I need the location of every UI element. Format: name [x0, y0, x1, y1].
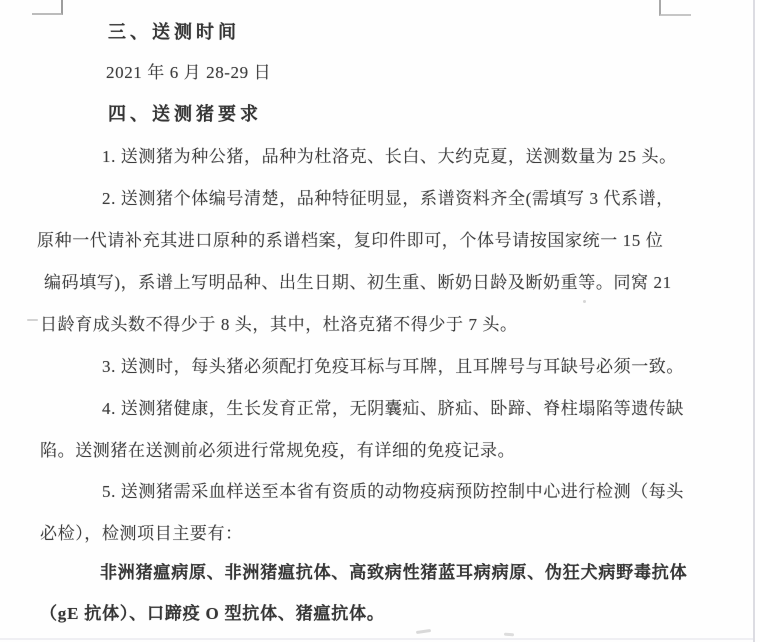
requirement-item-2-line-1: 2. 送测猪个体编号清楚，品种特征明显，系谱资料齐全(需填写 3 代系谱， [102, 189, 674, 209]
requirement-item-5-line-1: 5. 送测猪需采血样送至本省有资质的动物疫病预防控制中心进行检测（每头 [102, 482, 684, 502]
section-3-heading: 三、送测时间 [108, 22, 240, 42]
scan-frame-corner-left [32, 0, 63, 15]
scan-edge-bottom [0, 638, 753, 640]
scan-frame-corner-right [659, 0, 691, 16]
requirement-item-4-line-1: 4. 送测猪健康，生长发育正常，无阴囊疝、脐疝、卧蹄、脊柱塌陷等遗传缺 [102, 399, 684, 419]
scan-edge-right [753, 0, 755, 642]
requirement-item-1: 1. 送测猪为种公猪，品种为杜洛克、长白、大约克夏，送测数量为 25 头。 [102, 147, 677, 167]
requirement-item-2-line-2: 原种一代请补充其进口原种的系谱档案，复印件即可，个体号请按国家统一 15 位 [37, 231, 663, 251]
requirement-item-3: 3. 送测时，每头猪必须配打免疫耳标与耳牌，且耳牌号与耳缺号必须一致。 [102, 357, 684, 377]
test-items-line-1: 非洲猪瘟病原、非洲猪瘟抗体、高致病性猪蓝耳病病原、伪狂犬病野毒抗体 [100, 563, 687, 583]
requirement-item-2-line-4: 日龄育成头数不得少于 8 头，其中，杜洛克猪不得少于 7 头。 [40, 315, 518, 335]
scan-artifact-dash [27, 319, 38, 321]
scan-artifact-smudge [504, 633, 514, 637]
test-items-line-2: （gE 抗体）、口蹄疫 O 型抗体、猪瘟抗体。 [40, 604, 385, 624]
scan-artifact-smudge [416, 629, 431, 634]
scan-artifact-dot [583, 300, 586, 303]
requirement-item-5-line-2: 必检），检测项目主要有： [40, 524, 243, 544]
scanned-document-page: 三、送测时间 2021 年 6 月 28-29 日 四、送测猪要求 1. 送测猪… [0, 0, 760, 642]
requirement-item-2-line-3: 编码填写)，系谱上写明品种、出生日期、初生重、断奶日龄及断奶重等。同窝 21 [44, 273, 672, 293]
requirement-item-4-line-2: 陷。送测猪在送测前必须进行常规免疫，有详细的免疫记录。 [40, 441, 515, 461]
submission-date: 2021 年 6 月 28-29 日 [106, 63, 271, 83]
section-4-heading: 四、送测猪要求 [108, 104, 262, 124]
